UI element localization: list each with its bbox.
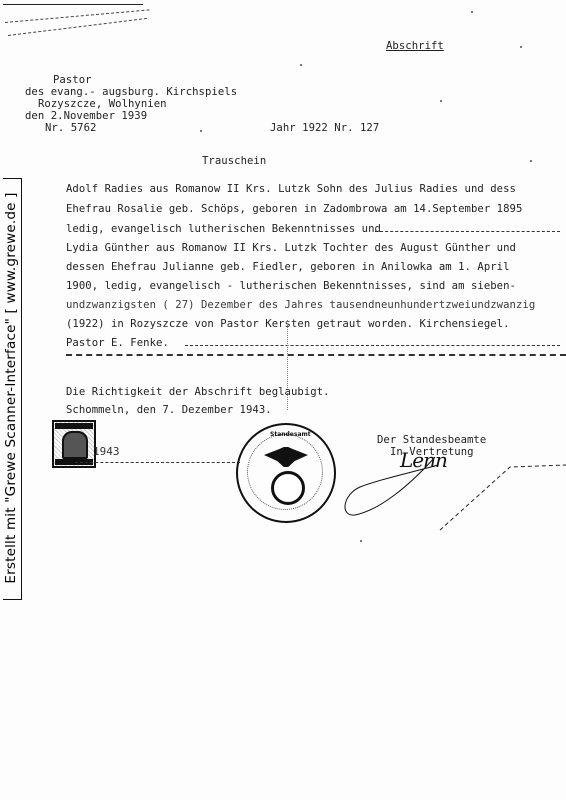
scan-speck <box>520 46 522 48</box>
scanned-document-page: Abschrift Pastor des evang.- augsburg. K… <box>0 0 566 800</box>
attestation-text: Die Richtigkeit der Abschrift beglaubigt… <box>66 386 330 398</box>
scan-speck <box>360 540 362 542</box>
registrar-title: Der Standesbeamte <box>377 434 486 446</box>
scan-artifact-line <box>3 4 143 5</box>
register-reference: Jahr 1922 Nr. 127 <box>270 122 379 134</box>
revenue-stamp <box>52 420 96 468</box>
body-line: dessen Ehefrau Julianne geb. Fiedler, ge… <box>66 261 510 273</box>
document-heading: Abschrift <box>386 40 444 52</box>
body-line: Adolf Radies aus Romanow II Krs. Lutzk S… <box>66 183 516 195</box>
signature-flourish-icon <box>340 455 566 535</box>
scan-speck <box>440 100 442 102</box>
scan-speck <box>300 64 302 66</box>
fill-dash-line <box>75 462 240 463</box>
seal-label: Standesamt <box>270 431 311 438</box>
certificate-title: Trauschein <box>202 155 266 167</box>
scan-speck <box>530 160 532 162</box>
body-line: undzwanzigsten ( 27) Dezember des Jahres… <box>66 299 535 311</box>
fill-dash-line <box>375 231 560 232</box>
fill-dash-line <box>66 354 566 356</box>
body-line: Ehefrau Rosalie geb. Schöps, geboren in … <box>66 203 522 215</box>
fill-dash-line <box>185 345 560 346</box>
sender-number: Nr. 5762 <box>45 122 96 134</box>
sender-date: den 2.November 1939 <box>25 110 147 122</box>
wreath-icon <box>271 471 305 505</box>
place-and-date: Schommeln, den 7. Dezember 1943. <box>66 404 272 416</box>
stamp-emblem <box>62 431 88 459</box>
scan-speck <box>200 130 202 132</box>
sender-line-2: des evang.- augsburg. Kirchspiels <box>25 86 237 98</box>
pastor-signature-line: Pastor E. Fenke. <box>66 337 169 349</box>
body-line: Lydia Günther aus Romanow II Krs. Lutzk … <box>66 242 516 254</box>
stamp-label-top <box>55 423 93 429</box>
stamp-year: 1943 <box>93 445 120 458</box>
body-line: 1900, ledig, evangelisch - lutherischen … <box>66 280 516 292</box>
sender-line-1: Pastor <box>53 74 92 86</box>
scan-speck <box>471 11 473 13</box>
official-seal: Standesamt <box>236 423 336 523</box>
scanner-watermark: Erstellt mit "Grewe Scanner-Interface" [… <box>3 192 19 583</box>
body-line: ledig, evangelisch lutherischen Bekenntn… <box>66 223 381 235</box>
sender-line-3: Rozyszcze, Wolhynien <box>38 98 167 110</box>
